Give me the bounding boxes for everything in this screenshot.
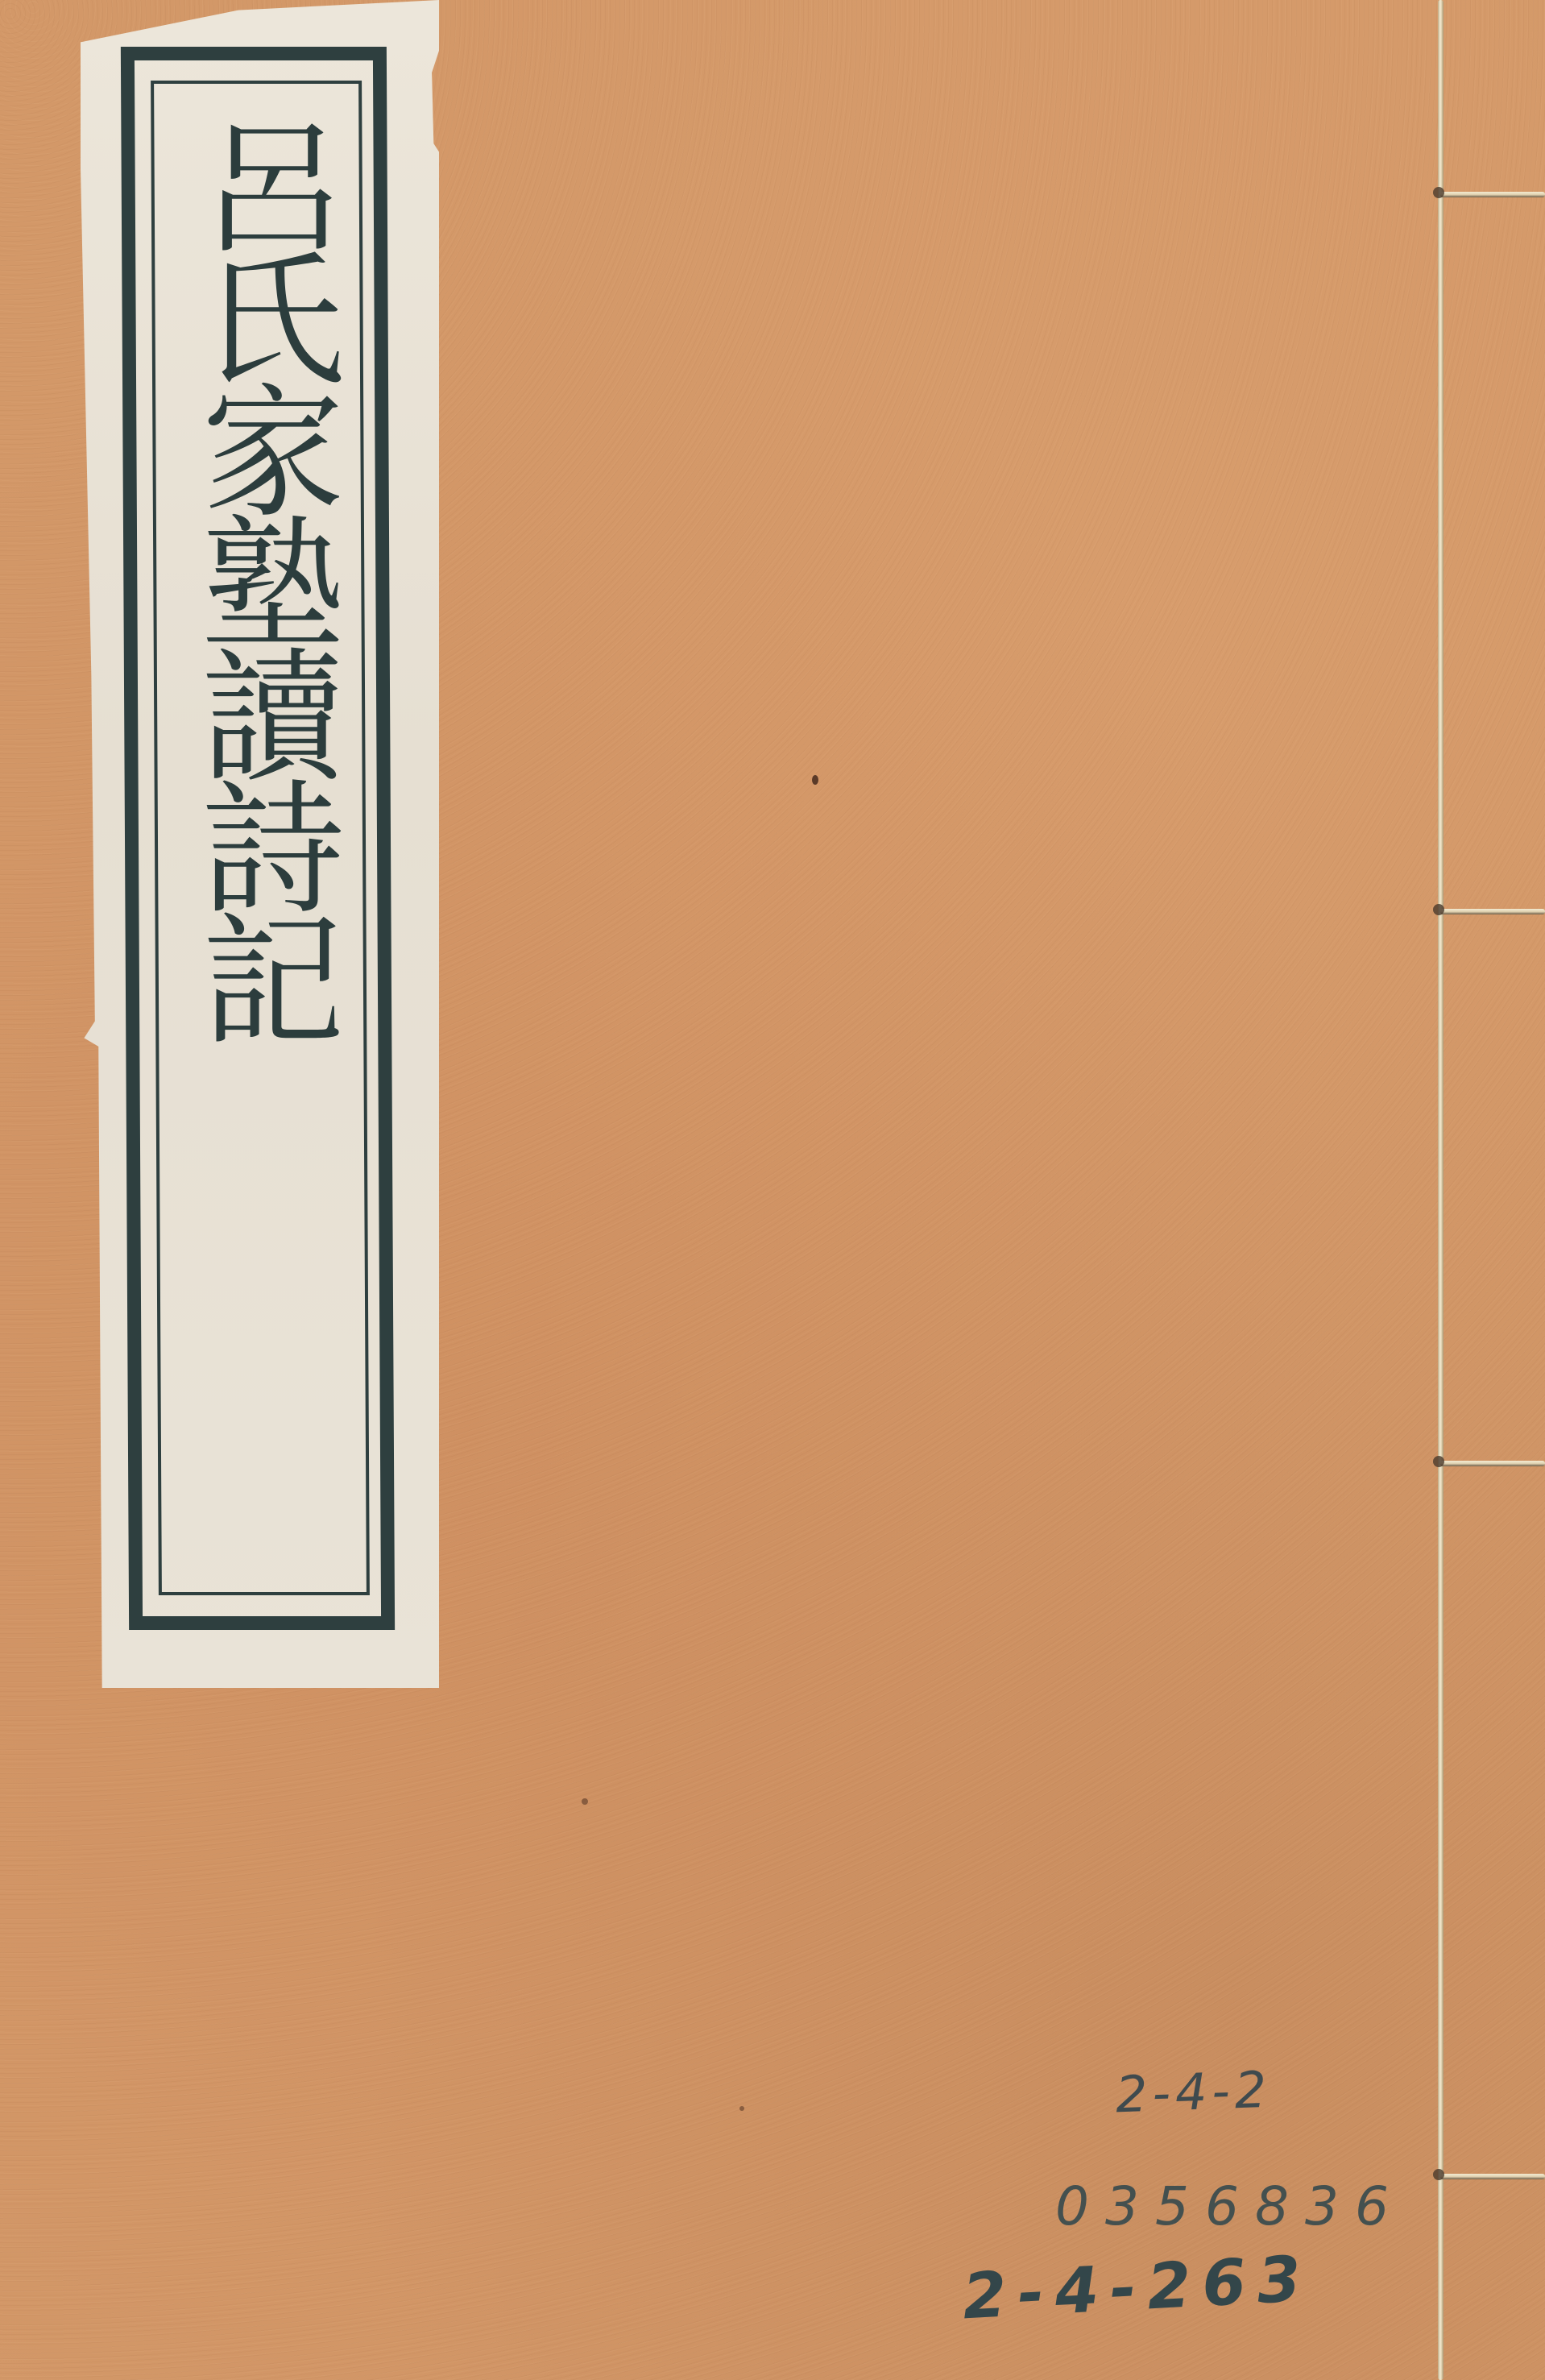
paper-blemish <box>812 775 818 785</box>
binding-stitch-3 <box>1440 1461 1545 1466</box>
paper-blemish <box>739 2106 744 2111</box>
book-title: 呂氏家塾讀詩記 <box>168 113 353 1370</box>
stitch-hole-1 <box>1433 187 1444 198</box>
binding-thread-vertical <box>1438 0 1444 2380</box>
binding-stitch-4 <box>1440 2174 1545 2179</box>
stitch-hole-2 <box>1433 904 1444 915</box>
title-label-slip: 呂氏家塾讀詩記 <box>81 0 439 1688</box>
binding-stitch-1 <box>1440 192 1545 197</box>
paper-blemish <box>582 1798 588 1805</box>
stitch-hole-3 <box>1433 1456 1444 1467</box>
pencil-mark-shelf-code: 2-4-2 <box>1115 2060 1273 2125</box>
pencil-mark-catalog-number: 0356836 <box>1055 2175 1405 2237</box>
stitch-hole-4 <box>1433 2169 1444 2180</box>
binding-stitch-2 <box>1440 909 1545 914</box>
